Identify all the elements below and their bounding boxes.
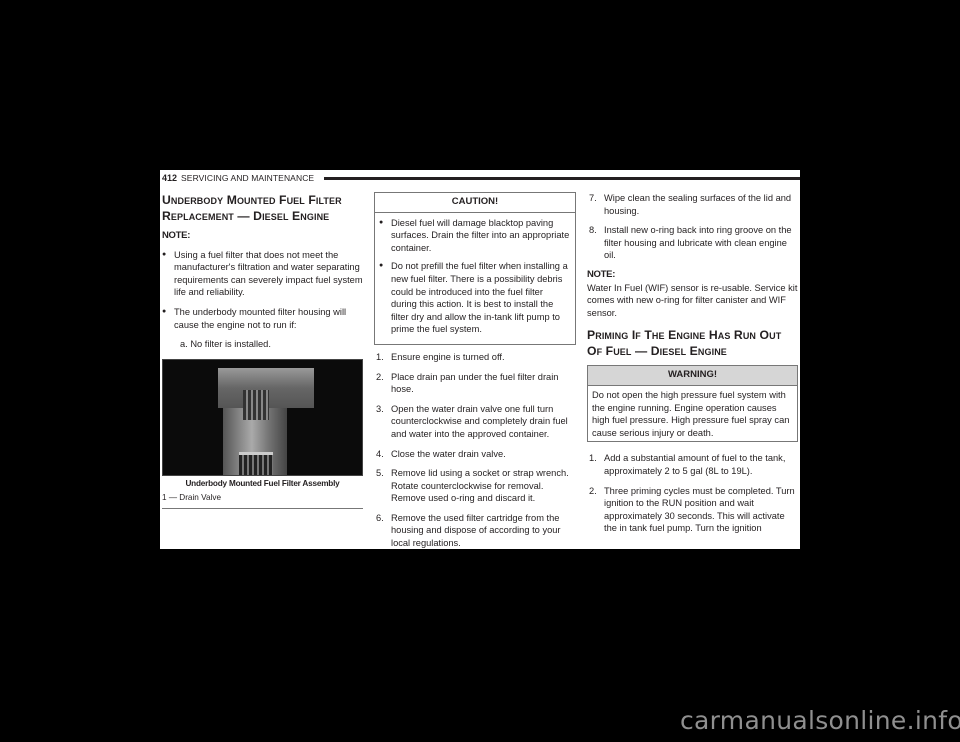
figure-legend: 1 — Drain Valve <box>162 492 363 509</box>
step-item: 7.Wipe clean the sealing surfaces of the… <box>587 192 798 217</box>
section-title: SERVICING AND MAINTENANCE <box>181 173 314 183</box>
replacement-steps-continued: 7.Wipe clean the sealing surfaces of the… <box>587 192 798 262</box>
filter-cartridge-shape <box>239 452 273 476</box>
caution-title: CAUTION! <box>375 193 575 213</box>
note-label: NOTE: <box>587 269 798 282</box>
figure-caption: Underbody Mounted Fuel Filter Assembly <box>162 478 363 491</box>
step-item: 1.Add a substantial amount of fuel to th… <box>587 452 798 477</box>
section-heading-filter-replacement: Underbody Mounted Fuel Filter Replacemen… <box>162 192 363 224</box>
caution-bullet: Diesel fuel will damage blacktop paving … <box>379 217 571 255</box>
step-item: 5.Remove lid using a socket or strap wre… <box>374 467 576 505</box>
warning-text: Do not open the high pressure fuel syste… <box>588 386 797 441</box>
column-1: Underbody Mounted Fuel Filter Replacemen… <box>162 192 363 509</box>
priming-steps: 1.Add a substantial amount of fuel to th… <box>587 452 798 535</box>
note-bullets: Using a fuel filter that does not meet t… <box>162 249 363 332</box>
step-item: 4.Close the water drain valve. <box>374 448 576 461</box>
section-heading-priming: Priming If The Engine Has Run Out Of Fue… <box>587 327 798 359</box>
column-2: CAUTION! Diesel fuel will damage blackto… <box>374 192 576 549</box>
step-item: 2.Three priming cycles must be completed… <box>587 485 798 535</box>
filter-neck-shape <box>243 390 269 420</box>
page-header: 412 SERVICING AND MAINTENANCE <box>162 172 800 184</box>
step-item: 6.Remove the used filter cartridge from … <box>374 512 576 549</box>
caution-box: CAUTION! Diesel fuel will damage blackto… <box>374 192 576 345</box>
note-bullet: Using a fuel filter that does not meet t… <box>162 249 363 299</box>
step-item: 8.Install new o-ring back into ring groo… <box>587 224 798 262</box>
sub-item: a. No filter is installed. <box>162 338 363 351</box>
step-item: 1.Ensure engine is turned off. <box>374 351 576 364</box>
replacement-steps: 1.Ensure engine is turned off. 2.Place d… <box>374 351 576 549</box>
note-text: Water In Fuel (WIF) sensor is re-usable.… <box>587 282 798 320</box>
fuel-filter-figure <box>162 359 363 476</box>
manual-page: 412 SERVICING AND MAINTENANCE Underbody … <box>160 170 800 549</box>
page-number: 412 <box>162 173 177 183</box>
caution-bullet: Do not prefill the fuel filter when inst… <box>379 260 571 336</box>
warning-title: WARNING! <box>588 366 797 386</box>
column-3: 7.Wipe clean the sealing surfaces of the… <box>587 192 798 542</box>
note-bullet: The underbody mounted filter housing wil… <box>162 306 363 331</box>
header-rule <box>324 177 800 180</box>
warning-box: WARNING! Do not open the high pressure f… <box>587 365 798 442</box>
note-label: NOTE: <box>162 230 363 243</box>
step-item: 2.Place drain pan under the fuel filter … <box>374 371 576 396</box>
watermark: carmanualsonline.info <box>680 706 960 735</box>
step-item: 3.Open the water drain valve one full tu… <box>374 403 576 441</box>
